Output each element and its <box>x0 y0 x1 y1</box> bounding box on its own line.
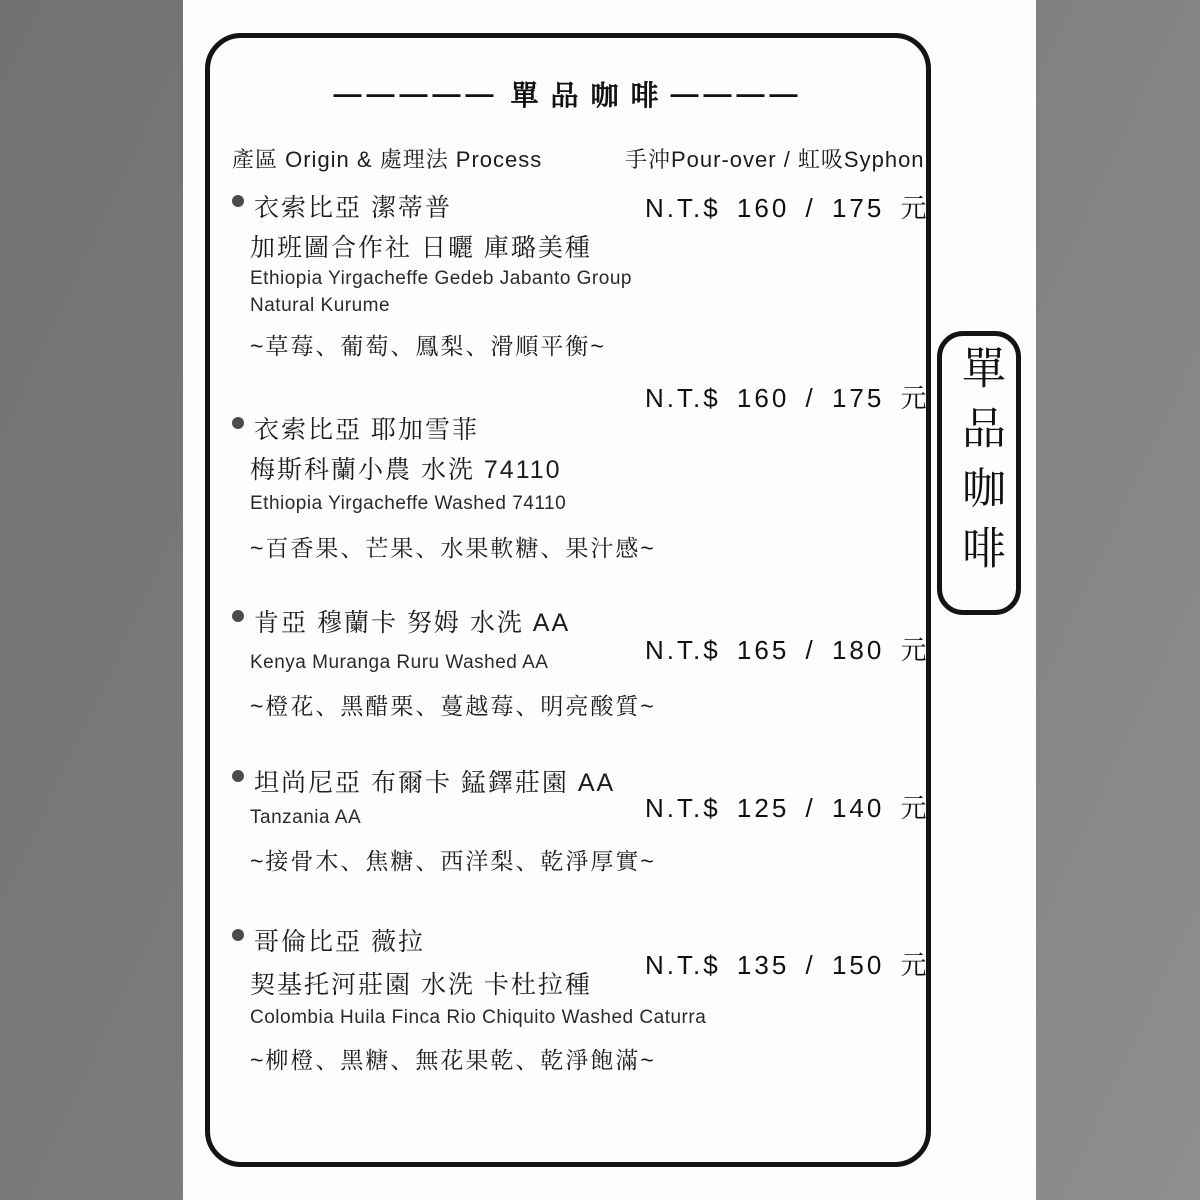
item-tasting-notes: ~草莓、葡萄、鳳梨、滑順平衡~ <box>250 328 606 361</box>
item-tasting-notes: ~柳橙、黑糖、無花果乾、乾淨飽滿~ <box>250 1042 656 1075</box>
title-dashes-right: ———— <box>671 78 803 110</box>
item-name-en: Ethiopia Yirgacheffe Gedeb Jabanto Group <box>250 268 632 290</box>
item-detail-zh: 梅斯科蘭小農 水洗 74110 <box>250 450 562 486</box>
item-name-zh: 哥倫比亞 薇拉 <box>254 922 425 958</box>
item-name-en: Colombia Huila Finca Rio Chiquito Washed… <box>250 1007 706 1029</box>
item-name-en: Natural Kurume <box>250 295 390 317</box>
menu-page: ————— 單品咖啡 ———— 產區 Origin & 處理法 Process … <box>183 0 1036 1200</box>
item-price: N.T.$ 135 / 150 元 <box>645 945 930 982</box>
menu-title-text: 單品咖啡 <box>510 74 670 114</box>
item-tasting-notes: ~接骨木、焦糖、西洋梨、乾淨厚實~ <box>250 843 656 876</box>
item-price: N.T.$ 160 / 175 元 <box>645 188 930 225</box>
menu-photo: ————— 單品咖啡 ———— 產區 Origin & 處理法 Process … <box>0 0 1200 1200</box>
item-name-zh: 衣索比亞 耶加雪菲 <box>254 410 479 446</box>
title-dashes-left: ————— <box>333 78 498 110</box>
item-bullet <box>232 770 244 782</box>
item-name-zh: 衣索比亞 潔蒂普 <box>254 188 452 224</box>
item-bullet <box>232 195 244 207</box>
item-price: N.T.$ 165 / 180 元 <box>645 630 930 667</box>
item-bullet <box>232 929 244 941</box>
item-price: N.T.$ 125 / 140 元 <box>645 788 930 825</box>
item-name-en: Ethiopia Yirgacheffe Washed 74110 <box>250 493 566 515</box>
menu-title: ————— 單品咖啡 ———— <box>210 74 926 114</box>
item-bullet <box>232 610 244 622</box>
item-name-en: Tanzania AA <box>250 807 361 829</box>
item-bullet <box>232 417 244 429</box>
item-name-en: Kenya Muranga Ruru Washed AA <box>250 652 548 674</box>
item-detail-zh: 契基托河莊園 水洗 卡杜拉種 <box>250 965 592 1001</box>
side-tab-single-origin: 單品咖啡 <box>937 331 1021 615</box>
side-tab-label: 單品咖啡 <box>957 345 1001 585</box>
item-tasting-notes: ~橙花、黑醋栗、蔓越莓、明亮酸質~ <box>250 688 656 721</box>
column-header-origin-process: 產區 Origin & 處理法 Process <box>232 143 542 174</box>
column-header-brew-methods: 手沖Pour-over / 虹吸Syphon <box>625 143 925 174</box>
item-detail-zh: 加班圖合作社 日曬 庫璐美種 <box>250 228 592 264</box>
item-price: N.T.$ 160 / 175 元 <box>645 378 930 415</box>
menu-card: ————— 單品咖啡 ———— 產區 Origin & 處理法 Process … <box>205 33 931 1167</box>
item-tasting-notes: ~百香果、芒果、水果軟糖、果汁感~ <box>250 530 656 563</box>
item-name-zh: 肯亞 穆蘭卡 努姆 水洗 AA <box>254 603 570 639</box>
item-name-zh: 坦尚尼亞 布爾卡 錳鐸莊園 AA <box>254 763 615 799</box>
